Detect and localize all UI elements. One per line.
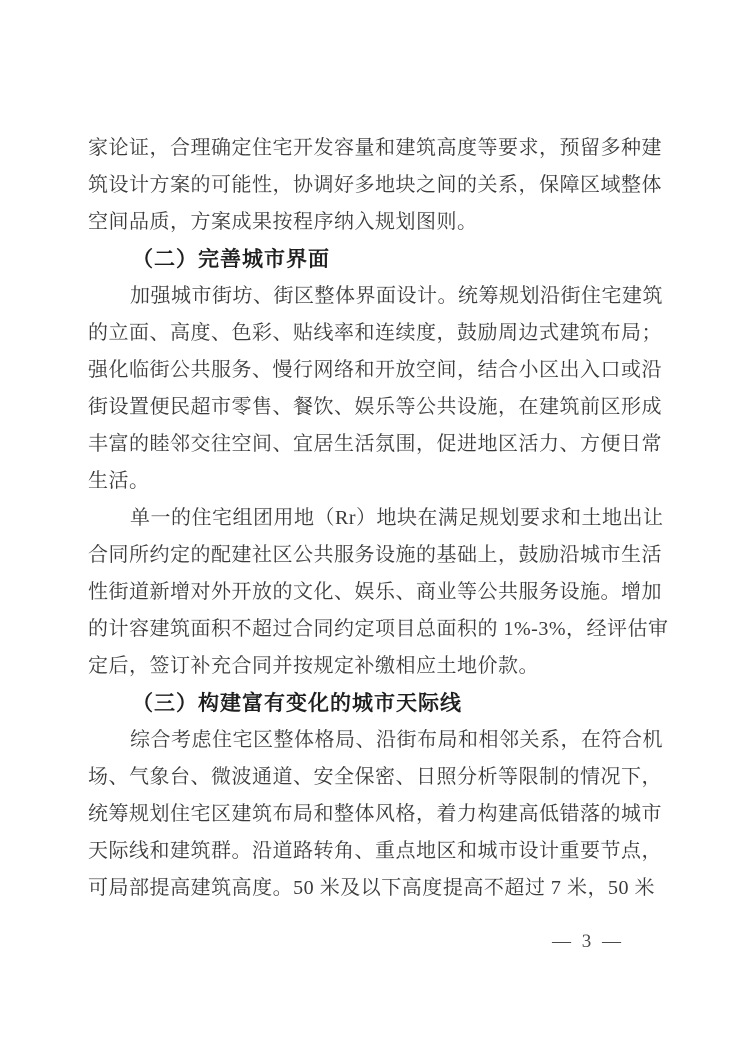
- text-line: 场、气象台、微波通道、安全保密、日照分析等限制的情况下，: [88, 759, 655, 796]
- text-line: 家论证，合理确定住宅开发容量和建筑高度等要求，预留多种建: [88, 130, 655, 167]
- page-content: 家论证，合理确定住宅开发容量和建筑高度等要求，预留多种建 筑设计方案的可能性，协…: [88, 130, 655, 907]
- text-line: 定后，签订补充合同并按规定补缴相应土地价款。: [88, 648, 655, 685]
- document-page: 家论证，合理确定住宅开发容量和建筑高度等要求，预留多种建 筑设计方案的可能性，协…: [0, 0, 740, 1046]
- text-line: 可局部提高建筑高度。50 米及以下高度提高不超过 7 米，50 米: [88, 870, 655, 907]
- paragraph-skyline: 综合考虑住宅区整体格局、沿街布局和相邻关系，在符合机 场、气象台、微波通道、安全…: [88, 722, 655, 907]
- text-line: 空间品质，方案成果按程序纳入规划图则。: [88, 204, 655, 241]
- text-line: 性街道新增对外开放的文化、娱乐、商业等公共服务设施。增加: [88, 574, 655, 611]
- text-line: 的计容建筑面积不超过合同约定项目总面积的 1%-3%，经评估审: [88, 611, 655, 648]
- text-line: 单一的住宅组团用地（Rr）地块在满足规划要求和土地出让: [88, 500, 655, 537]
- paragraph-continuation: 家论证，合理确定住宅开发容量和建筑高度等要求，预留多种建 筑设计方案的可能性，协…: [88, 130, 655, 241]
- text-line: 综合考虑住宅区整体格局、沿街布局和相邻关系，在符合机: [88, 722, 655, 759]
- text-line: 街设置便民超市零售、餐饮、娱乐等公共设施，在建筑前区形成: [88, 389, 655, 426]
- text-line: 丰富的睦邻交往空间、宜居生活氛围，促进地区活力、方便日常: [88, 426, 655, 463]
- page-number: — 3 —: [552, 931, 624, 953]
- section-heading-2: （二）完善城市界面: [88, 241, 655, 278]
- text-line: 强化临街公共服务、慢行网络和开放空间，结合小区出入口或沿: [88, 352, 655, 389]
- text-line: 生活。: [88, 463, 655, 500]
- text-line: 天际线和建筑群。沿道路转角、重点地区和城市设计重要节点，: [88, 833, 655, 870]
- text-line: 的立面、高度、色彩、贴线率和连续度，鼓励周边式建筑布局；: [88, 315, 655, 352]
- text-line: 筑设计方案的可能性，协调好多地块之间的关系，保障区域整体: [88, 167, 655, 204]
- text-line: 统筹规划住宅区建筑布局和整体风格，着力构建高低错落的城市: [88, 796, 655, 833]
- paragraph-rr-plots: 单一的住宅组团用地（Rr）地块在满足规划要求和土地出让 合同所约定的配建社区公共…: [88, 500, 655, 685]
- text-line: 加强城市街坊、街区整体界面设计。统筹规划沿街住宅建筑: [88, 278, 655, 315]
- section-heading-3: （三）构建富有变化的城市天际线: [88, 685, 655, 722]
- paragraph-city-interface: 加强城市街坊、街区整体界面设计。统筹规划沿街住宅建筑 的立面、高度、色彩、贴线率…: [88, 278, 655, 500]
- text-line: 合同所约定的配建社区公共服务设施的基础上，鼓励沿城市生活: [88, 537, 655, 574]
